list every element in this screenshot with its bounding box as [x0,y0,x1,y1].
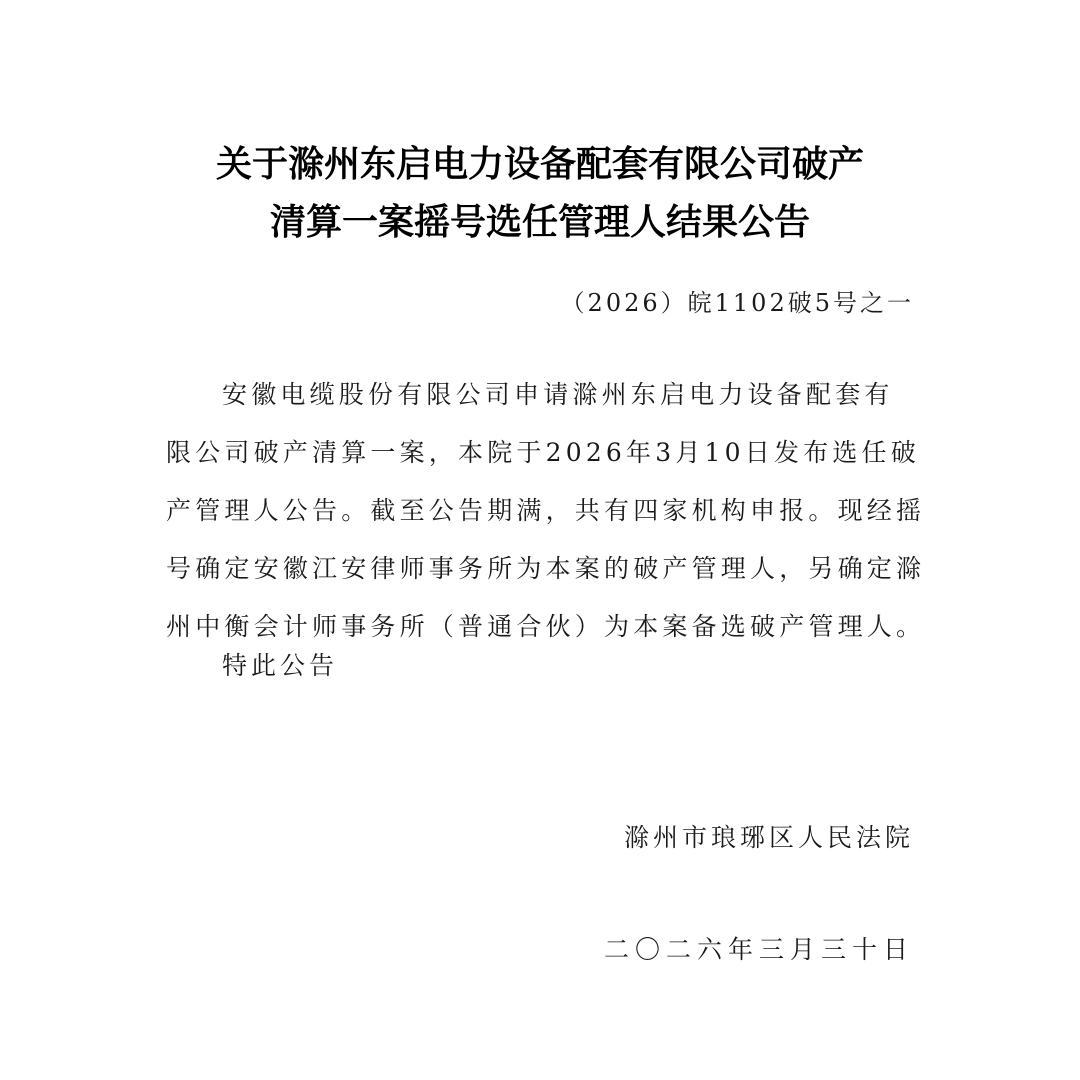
issuing-court: 滁州市琅琊区人民法院 [624,818,914,854]
body-line: 产管理人公告。截至公告期满，共有四家机构申报。现经摇 [166,482,916,540]
body-line: 号确定安徽江安律师事务所为本案的破产管理人，另确定滁 [166,540,916,598]
case-number: （2026）皖1102破5号之一 [561,283,914,318]
issue-date: 二〇二六年三月三十日 [604,930,914,966]
body-line: 安徽电缆股份有限公司申请滁州东启电力设备配套有 [166,366,916,424]
announcement-body: 安徽电缆股份有限公司申请滁州东启电力设备配套有 限公司破产清算一案，本院于202… [166,366,916,656]
closing-statement: 特此公告 [222,646,338,682]
document-title-line-1: 关于滁州东启电力设备配套有限公司破产 [0,136,1080,187]
body-line: 限公司破产清算一案，本院于2026年3月10日发布选任破 [166,424,916,482]
document-title-line-2: 清算一案摇号选任管理人结果公告 [0,194,1080,245]
